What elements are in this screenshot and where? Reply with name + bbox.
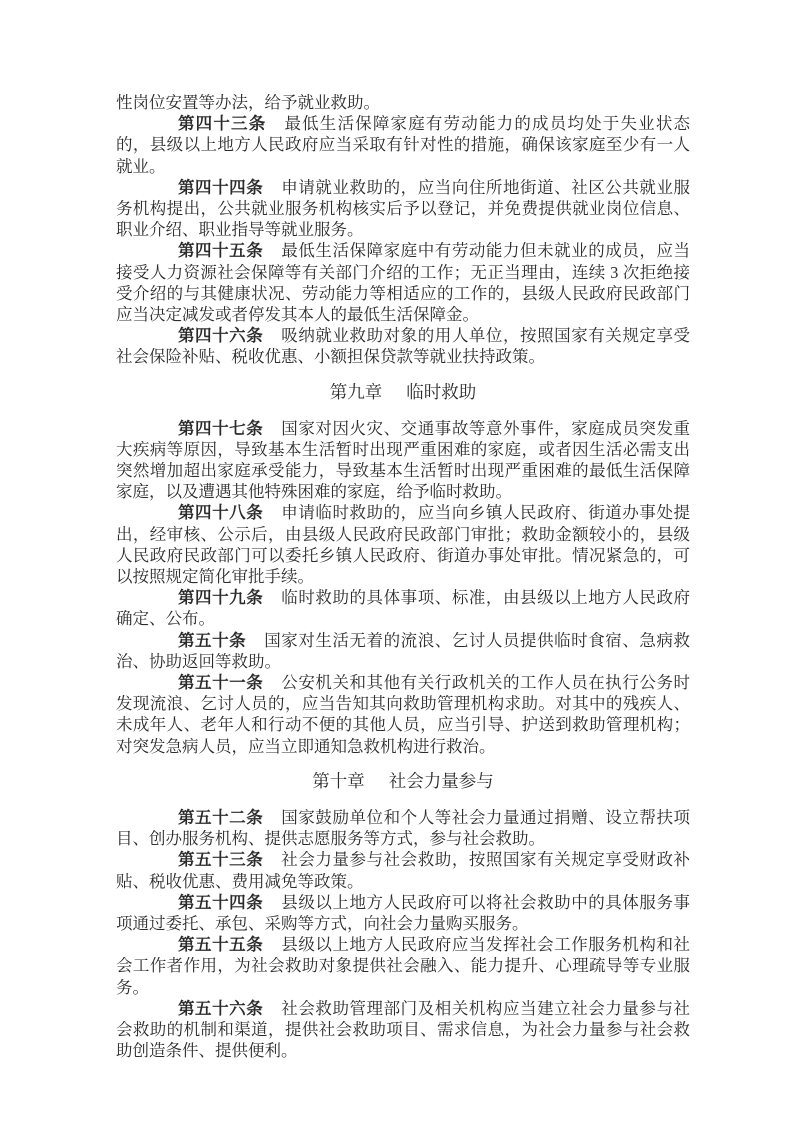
- article-number: 第五十二条: [178, 808, 263, 827]
- article-52: 第五十二条国家鼓励单位和个人等社会力量通过捐赠、设立帮扶项目、创办服务机构、提供…: [116, 807, 690, 849]
- article-53: 第五十三条社会力量参与社会救助，按照国家有关规定享受财政补贴、税收优惠、费用减免…: [116, 849, 690, 891]
- article-number: 第四十八条: [178, 503, 263, 522]
- chapter-title: 临时救助: [406, 382, 476, 402]
- article-55: 第五十五条县级以上地方人民政府应当发挥社会工作服务机构和社会工作者作用，为社会救…: [116, 934, 690, 998]
- article-number: 第五十六条: [178, 999, 263, 1018]
- chapter-9-heading: 第九章临时救助: [116, 381, 690, 403]
- article-number: 第五十四条: [178, 893, 263, 912]
- chapter-number: 第九章: [330, 382, 383, 402]
- article-number: 第五十一条: [178, 673, 263, 692]
- article-43: 第四十三条最低生活保障家庭有劳动能力的成员均处于失业状态的，县级以上地方人民政府…: [116, 113, 690, 177]
- continuation-paragraph: 性岗位安置等办法，给予就业救助。: [116, 92, 690, 113]
- chapter-number: 第十章: [312, 771, 365, 791]
- article-number: 第四十四条: [178, 178, 263, 197]
- article-50: 第五十条国家对生活无着的流浪、乞讨人员提供临时食宿、急病救治、协助返回等救助。: [116, 630, 690, 672]
- article-51: 第五十一条公安机关和其他有关行政机关的工作人员在执行公务时发现流浪、乞讨人员的，…: [116, 672, 690, 757]
- article-number: 第四十七条: [178, 419, 263, 438]
- document-content: 性岗位安置等办法，给予就业救助。 第四十三条最低生活保障家庭有劳动能力的成员均处…: [116, 92, 690, 1061]
- paragraph-text: 性岗位安置等办法，给予就业救助。: [116, 93, 380, 112]
- chapter-title: 社会力量参与: [389, 771, 494, 791]
- article-number: 第五十五条: [178, 935, 263, 954]
- document-page: 性岗位安置等办法，给予就业救助。 第四十三条最低生活保障家庭有劳动能力的成员均处…: [0, 0, 793, 1122]
- article-54: 第五十四条县级以上地方人民政府可以将社会救助中的具体服务事项通过委托、承包、采购…: [116, 892, 690, 934]
- article-45: 第四十五条最低生活保障家庭中有劳动能力但未就业的成员，应当接受人力资源社会保障等…: [116, 240, 690, 325]
- article-46: 第四十六条吸纳就业救助对象的用人单位，按照国家有关规定享受社会保险补贴、税收优惠…: [116, 325, 690, 367]
- article-number: 第四十三条: [178, 114, 266, 133]
- article-48: 第四十八条申请临时救助的，应当向乡镇人民政府、街道办事处提出，经审核、公示后，由…: [116, 502, 690, 587]
- article-56: 第五十六条社会救助管理部门及相关机构应当建立社会力量参与社会救助的机制和渠道，提…: [116, 998, 690, 1062]
- chapter-10-heading: 第十章社会力量参与: [116, 770, 690, 792]
- article-49: 第四十九条临时救助的具体事项、标准，由县级以上地方人民政府确定、公布。: [116, 587, 690, 629]
- article-44: 第四十四条申请就业救助的，应当向住所地街道、社区公共就业服务机构提出，公共就业服…: [116, 177, 690, 241]
- article-number: 第四十五条: [178, 241, 263, 260]
- article-47: 第四十七条国家对因火灾、交通事故等意外事件，家庭成员突发重大疾病等原因，导致基本…: [116, 418, 690, 503]
- article-number: 第五十条: [178, 631, 246, 650]
- article-number: 第四十六条: [178, 326, 263, 345]
- article-number: 第四十九条: [178, 588, 263, 607]
- article-number: 第五十三条: [178, 850, 263, 869]
